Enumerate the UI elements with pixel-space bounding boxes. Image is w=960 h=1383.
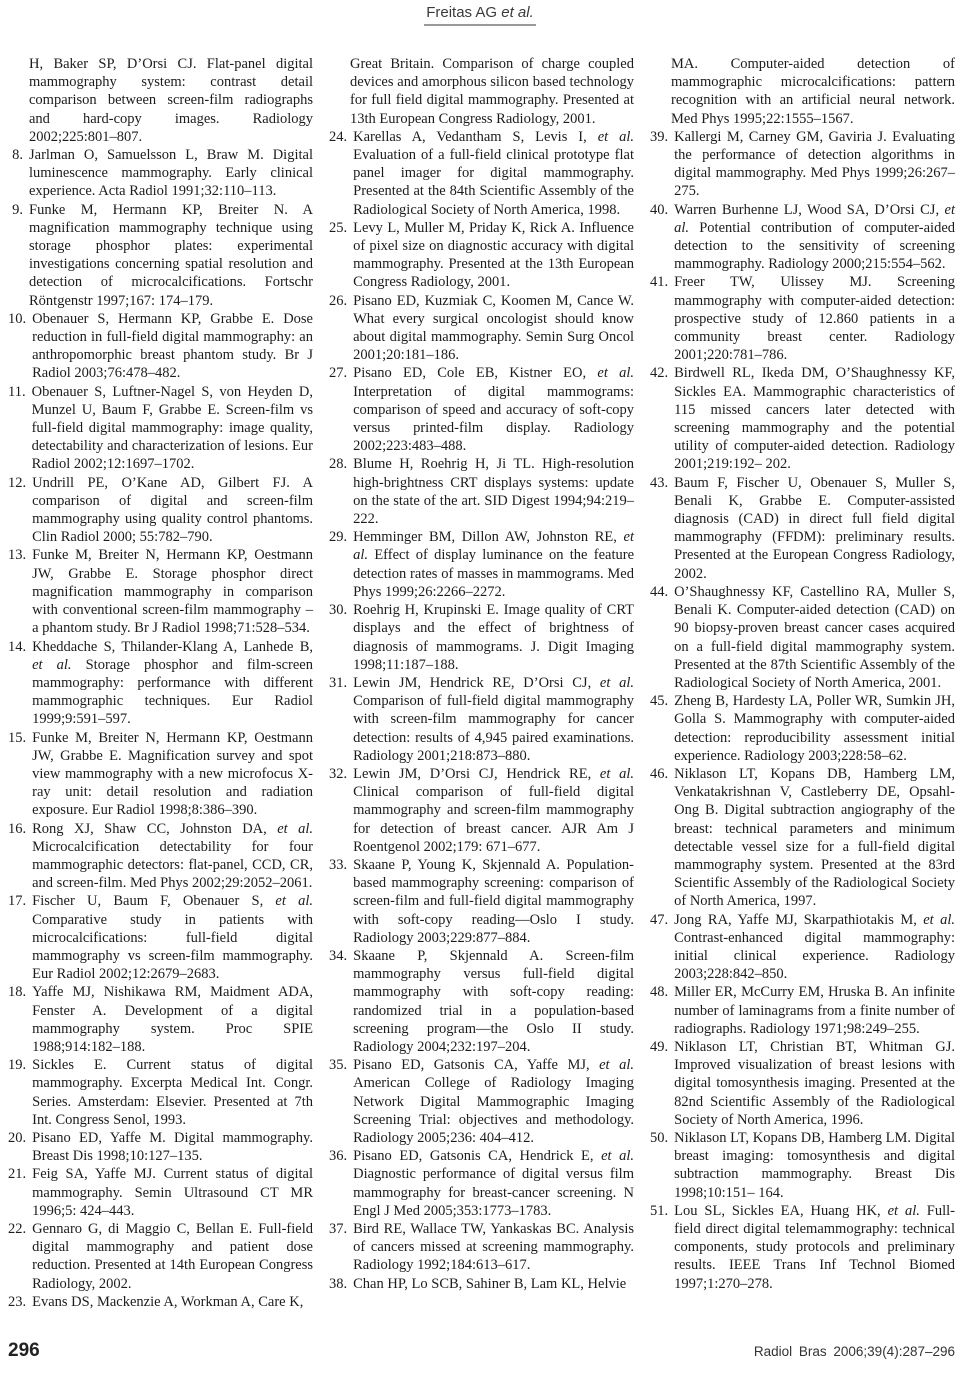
reference-number: 22. [8, 1220, 32, 1293]
reference-text: Obenauer S, Luftner-Nagel S, von Heyden … [32, 383, 313, 474]
reference-text: Pisano ED, Cole EB, Kistner EO, et al. I… [353, 364, 634, 455]
references-column-1: H, Baker SP, D’Orsi CJ. Flat-panel digit… [8, 55, 313, 1311]
reference-text: Niklason LT, Kopans DB, Hamberg LM, Venk… [674, 765, 955, 911]
reference-text: Kheddache S, Thilander-Klang A, Lanhede … [32, 638, 313, 729]
reference-text: Rong XJ, Shaw CC, Johnston DA, et al. Mi… [32, 820, 313, 893]
reference-number: 36. [329, 1147, 353, 1220]
reference-item: 21.Feig SA, Yaffe MJ. Current status of … [8, 1165, 313, 1220]
reference-item: 8.Jarlman O, Samuelsson L, Braw M. Digit… [8, 146, 313, 201]
reference-number: 45. [650, 692, 674, 765]
reference-text: Baum F, Fischer U, Obenauer S, Muller S,… [674, 474, 955, 583]
reference-item: Great Britain. Comparison of charge coup… [329, 55, 634, 128]
reference-text: Skaane P, Young K, Skjennald A. Populati… [353, 856, 634, 947]
reference-item: 24.Karellas A, Vedantham S, Levis I, et … [329, 128, 634, 219]
reference-number: 30. [329, 601, 353, 674]
reference-text: Niklason LT, Kopans DB, Hamberg LM. Digi… [674, 1129, 955, 1202]
reference-number: 20. [8, 1129, 32, 1165]
reference-item: 30.Roehrig H, Krupinski E. Image quality… [329, 601, 634, 674]
reference-text: Lou SL, Sickles EA, Huang HK, et al. Ful… [674, 1202, 955, 1293]
reference-item: 16.Rong XJ, Shaw CC, Johnston DA, et al.… [8, 820, 313, 893]
reference-text: Obenauer S, Hermann KP, Grabbe E. Dose r… [32, 310, 313, 383]
reference-number: 9. [8, 201, 29, 310]
reference-item: 29.Hemminger BM, Dillon AW, Johnston RE,… [329, 528, 634, 601]
reference-text: Birdwell RL, Ikeda DM, O’Shaughnessy KF,… [674, 364, 955, 473]
reference-number: 11. [8, 383, 32, 474]
reference-item: 27.Pisano ED, Cole EB, Kistner EO, et al… [329, 364, 634, 455]
reference-item: 36.Pisano ED, Gatsonis CA, Hendrick E, e… [329, 1147, 634, 1220]
reference-number [329, 55, 350, 128]
reference-text: Evans DS, Mackenzie A, Workman A, Care K… [32, 1293, 313, 1311]
reference-number [650, 55, 671, 128]
reference-text: O’Shaughnessy KF, Castellino RA, Muller … [674, 583, 955, 692]
reference-number: 25. [329, 219, 353, 292]
reference-text: Niklason LT, Christian BT, Whitman GJ. I… [674, 1038, 955, 1129]
reference-text: Levy L, Muller M, Priday K, Rick A. Infl… [353, 219, 634, 292]
reference-number: 24. [329, 128, 353, 219]
reference-number: 8. [8, 146, 29, 201]
references-column-3: MA. Computer-aided detection of mammogra… [650, 55, 955, 1311]
reference-item: H, Baker SP, D’Orsi CJ. Flat-panel digit… [8, 55, 313, 146]
reference-text: Pisano ED, Gatsonis CA, Hendrick E, et a… [353, 1147, 634, 1220]
reference-number: 41. [650, 273, 674, 364]
reference-number: 48. [650, 983, 674, 1038]
reference-item: 48.Miller ER, McCurry EM, Hruska B. An i… [650, 983, 955, 1038]
reference-number: 38. [329, 1275, 353, 1293]
reference-text: Fischer U, Baum F, Obenauer S, et al. Co… [32, 892, 313, 983]
reference-number: 40. [650, 201, 674, 274]
reference-item: 23.Evans DS, Mackenzie A, Workman A, Car… [8, 1293, 313, 1311]
reference-text: Chan HP, Lo SCB, Sahiner B, Lam KL, Helv… [353, 1275, 634, 1293]
reference-text: Skaane P, Skjennald A. Screen-film mammo… [353, 947, 634, 1056]
page-number: 296 [8, 1340, 40, 1362]
reference-item: 14.Kheddache S, Thilander-Klang A, Lanhe… [8, 638, 313, 729]
reference-text: Karellas A, Vedantham S, Levis I, et al.… [353, 128, 634, 219]
reference-text: Funke M, Breiter N, Hermann KP, Oestmann… [32, 729, 313, 820]
reference-text: Kallergi M, Carney GM, Gaviria J. Evalua… [674, 128, 955, 201]
reference-item: 12.Undrill PE, O’Kane AD, Gilbert FJ. A … [8, 474, 313, 547]
reference-number: 26. [329, 292, 353, 365]
reference-item: 10.Obenauer S, Hermann KP, Grabbe E. Dos… [8, 310, 313, 383]
reference-number: 23. [8, 1293, 32, 1311]
reference-number: 28. [329, 455, 353, 528]
reference-text: Hemminger BM, Dillon AW, Johnston RE, et… [353, 528, 634, 601]
reference-item: 41.Freer TW, Ulissey MJ. Screening mammo… [650, 273, 955, 364]
reference-number: 32. [329, 765, 353, 856]
reference-number: 50. [650, 1129, 674, 1202]
reference-item: 40.Warren Burhenne LJ, Wood SA, D’Orsi C… [650, 201, 955, 274]
reference-item: 49.Niklason LT, Christian BT, Whitman GJ… [650, 1038, 955, 1129]
reference-text: Jarlman O, Samuelsson L, Braw M. Digital… [29, 146, 313, 201]
reference-item: 39.Kallergi M, Carney GM, Gaviria J. Eva… [650, 128, 955, 201]
reference-text: Bird RE, Wallace TW, Yankaskas BC. Analy… [353, 1220, 634, 1275]
reference-text: MA. Computer-aided detection of mammogra… [671, 55, 955, 128]
reference-number: 51. [650, 1202, 674, 1293]
reference-item: 42.Birdwell RL, Ikeda DM, O’Shaughnessy … [650, 364, 955, 473]
reference-text: Blume H, Roehrig H, Ji TL. High-resoluti… [353, 455, 634, 528]
reference-text: Pisano ED, Kuzmiak C, Koomen M, Cance W.… [353, 292, 634, 365]
reference-item: 43.Baum F, Fischer U, Obenauer S, Muller… [650, 474, 955, 583]
reference-text: Freer TW, Ulissey MJ. Screening mammogra… [674, 273, 955, 364]
reference-text: Pisano ED, Gatsonis CA, Yaffe MJ, et al.… [353, 1056, 634, 1147]
reference-item: 33.Skaane P, Young K, Skjennald A. Popul… [329, 856, 634, 947]
reference-item: 51.Lou SL, Sickles EA, Huang HK, et al. … [650, 1202, 955, 1293]
reference-text: Funke M, Breiter N, Hermann KP, Oestmann… [32, 546, 313, 637]
reference-number: 10. [8, 310, 32, 383]
reference-number: 43. [650, 474, 674, 583]
reference-number: 17. [8, 892, 32, 983]
reference-item: 11.Obenauer S, Luftner-Nagel S, von Heyd… [8, 383, 313, 474]
reference-number: 21. [8, 1165, 32, 1220]
reference-text: Jong RA, Yaffe MJ, Skarpathiotakis M, et… [674, 911, 955, 984]
reference-number: 35. [329, 1056, 353, 1147]
reference-item: 18.Yaffe MJ, Nishikawa RM, Maidment ADA,… [8, 983, 313, 1056]
reference-item: 38.Chan HP, Lo SCB, Sahiner B, Lam KL, H… [329, 1275, 634, 1293]
reference-text: Zheng B, Hardesty LA, Poller WR, Sumkin … [674, 692, 955, 765]
reference-item: 22.Gennaro G, di Maggio C, Bellan E. Ful… [8, 1220, 313, 1293]
reference-item: 45.Zheng B, Hardesty LA, Poller WR, Sumk… [650, 692, 955, 765]
reference-item: 46.Niklason LT, Kopans DB, Hamberg LM, V… [650, 765, 955, 911]
reference-number: 16. [8, 820, 32, 893]
reference-number: 42. [650, 364, 674, 473]
reference-item: 44.O’Shaughnessy KF, Castellino RA, Mull… [650, 583, 955, 692]
reference-item: 35.Pisano ED, Gatsonis CA, Yaffe MJ, et … [329, 1056, 634, 1147]
reference-number: 15. [8, 729, 32, 820]
reference-item: 13.Funke M, Breiter N, Hermann KP, Oestm… [8, 546, 313, 637]
reference-text: Gennaro G, di Maggio C, Bellan E. Full-f… [32, 1220, 313, 1293]
reference-item: 50.Niklason LT, Kopans DB, Hamberg LM. D… [650, 1129, 955, 1202]
reference-text: Funke M, Hermann KP, Breiter N. A magnif… [29, 201, 313, 310]
reference-number: 44. [650, 583, 674, 692]
reference-item: 37.Bird RE, Wallace TW, Yankaskas BC. An… [329, 1220, 634, 1275]
reference-list: H, Baker SP, D’Orsi CJ. Flat-panel digit… [8, 55, 955, 1311]
reference-item: 25.Levy L, Muller M, Priday K, Rick A. I… [329, 219, 634, 292]
reference-number: 19. [8, 1056, 32, 1129]
reference-number: 33. [329, 856, 353, 947]
reference-item: 34.Skaane P, Skjennald A. Screen-film ma… [329, 947, 634, 1056]
reference-number: 39. [650, 128, 674, 201]
reference-item: 17.Fischer U, Baum F, Obenauer S, et al.… [8, 892, 313, 983]
reference-text: Undrill PE, O’Kane AD, Gilbert FJ. A com… [32, 474, 313, 547]
reference-item: 26.Pisano ED, Kuzmiak C, Koomen M, Cance… [329, 292, 634, 365]
reference-text: Lewin JM, D’Orsi CJ, Hendrick RE, et al.… [353, 765, 634, 856]
reference-item: 47.Jong RA, Yaffe MJ, Skarpathiotakis M,… [650, 911, 955, 984]
reference-item: 9.Funke M, Hermann KP, Breiter N. A magn… [8, 201, 313, 310]
reference-text: Sickles E. Current status of digital mam… [32, 1056, 313, 1129]
reference-text: Lewin JM, Hendrick RE, D’Orsi CJ, et al.… [353, 674, 634, 765]
reference-text: Great Britain. Comparison of charge coup… [350, 55, 634, 128]
journal-citation: Radiol Bras 2006;39(4):287–296 [754, 1344, 955, 1359]
reference-item: 32.Lewin JM, D’Orsi CJ, Hendrick RE, et … [329, 765, 634, 856]
reference-number: 27. [329, 364, 353, 455]
running-head-etal: et al. [501, 4, 534, 21]
reference-number: 13. [8, 546, 32, 637]
reference-number: 14. [8, 638, 32, 729]
reference-number: 34. [329, 947, 353, 1056]
reference-item: 19.Sickles E. Current status of digital … [8, 1056, 313, 1129]
reference-number: 18. [8, 983, 32, 1056]
reference-number: 47. [650, 911, 674, 984]
reference-text: Warren Burhenne LJ, Wood SA, D’Orsi CJ, … [674, 201, 955, 274]
reference-number: 29. [329, 528, 353, 601]
references-column-2: Great Britain. Comparison of charge coup… [329, 55, 634, 1311]
reference-text: Roehrig H, Krupinski E. Image quality of… [353, 601, 634, 674]
running-head-author: Freitas AG [426, 4, 497, 21]
reference-item: 20.Pisano ED, Yaffe M. Digital mammograp… [8, 1129, 313, 1165]
page-header: Freitas AG et al. [0, 4, 960, 26]
reference-text: Miller ER, McCurry EM, Hruska B. An infi… [674, 983, 955, 1038]
reference-text: Pisano ED, Yaffe M. Digital mammography.… [32, 1129, 313, 1165]
reference-number: 49. [650, 1038, 674, 1129]
reference-number: 46. [650, 765, 674, 911]
reference-text: H, Baker SP, D’Orsi CJ. Flat-panel digit… [29, 55, 313, 146]
running-head: Freitas AG et al. [424, 4, 536, 26]
reference-number: 12. [8, 474, 32, 547]
reference-number: 37. [329, 1220, 353, 1275]
reference-item: 28.Blume H, Roehrig H, Ji TL. High-resol… [329, 455, 634, 528]
reference-item: 15.Funke M, Breiter N, Hermann KP, Oestm… [8, 729, 313, 820]
reference-item: MA. Computer-aided detection of mammogra… [650, 55, 955, 128]
page-footer: 296 Radiol Bras 2006;39(4):287–296 [8, 1340, 955, 1362]
reference-text: Feig SA, Yaffe MJ. Current status of dig… [32, 1165, 313, 1220]
reference-number: 31. [329, 674, 353, 765]
reference-number [8, 55, 29, 146]
reference-text: Yaffe MJ, Nishikawa RM, Maidment ADA, Fe… [32, 983, 313, 1056]
reference-item: 31.Lewin JM, Hendrick RE, D’Orsi CJ, et … [329, 674, 634, 765]
